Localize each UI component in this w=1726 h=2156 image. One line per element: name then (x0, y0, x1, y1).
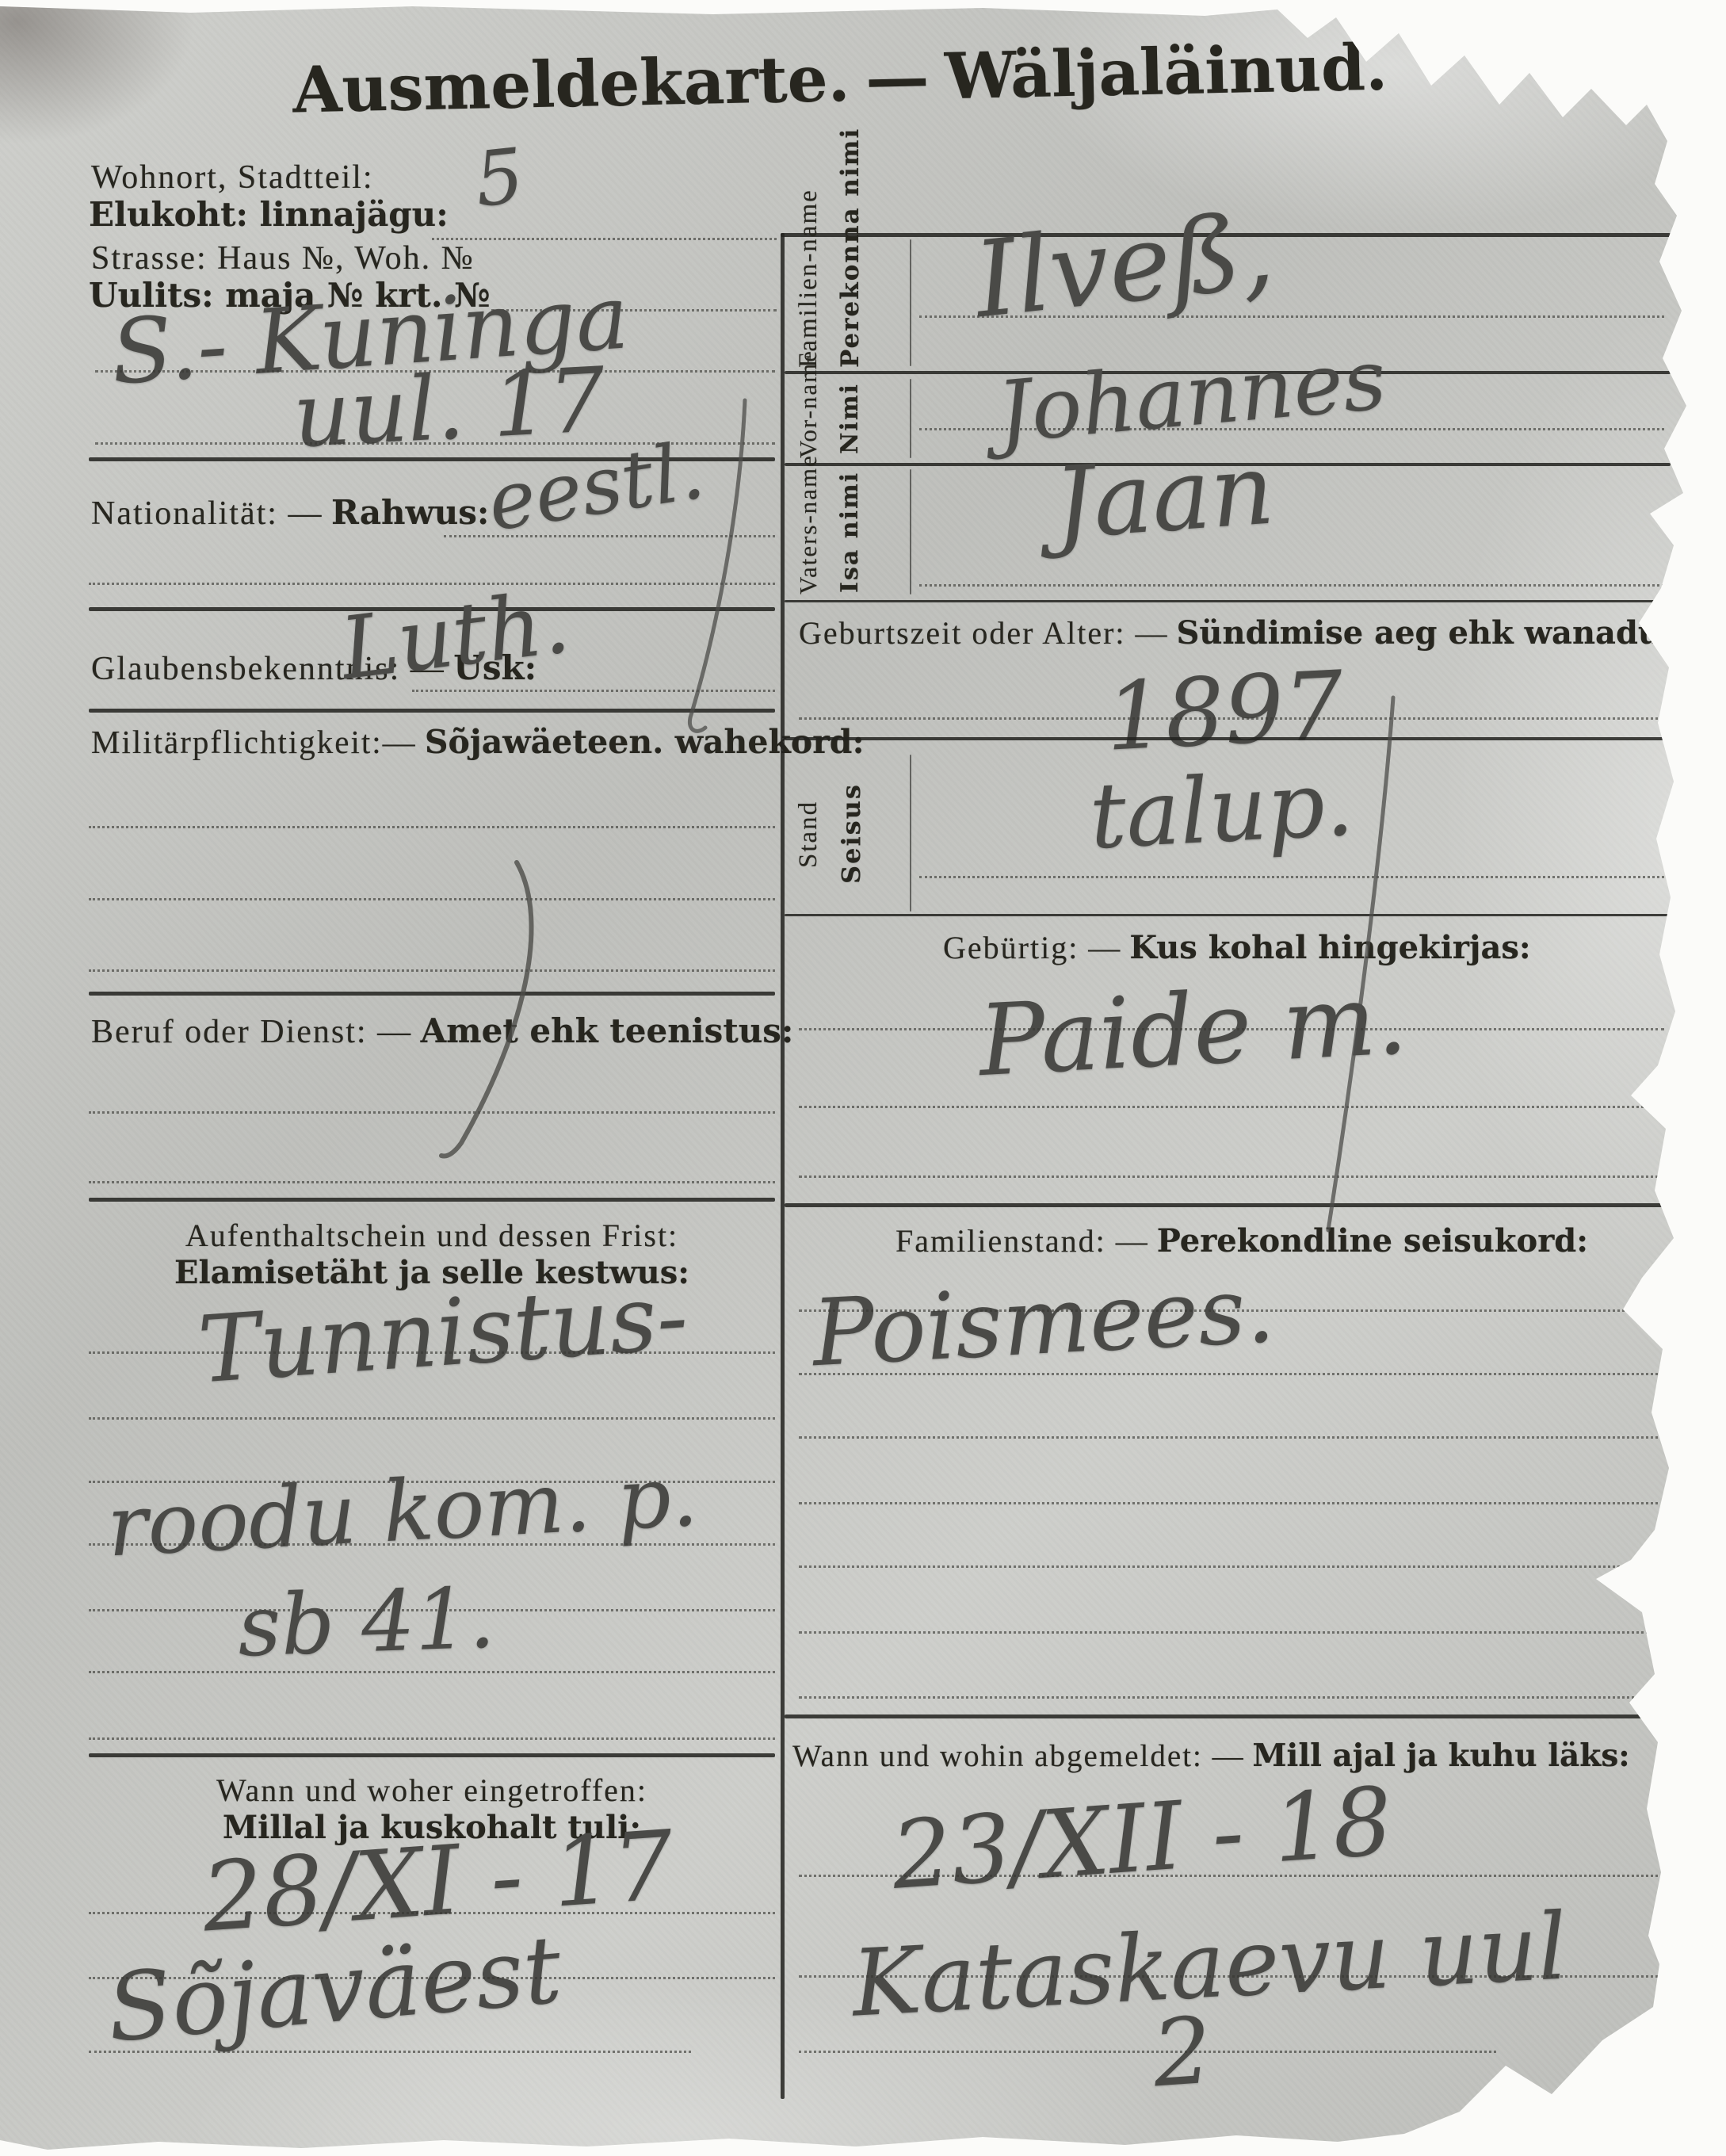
handwritten-departure-date: 23/XII - 18 (888, 1766, 1396, 1910)
title-dash: — (865, 40, 930, 116)
section-rule (785, 914, 1671, 916)
dotted-line (89, 969, 775, 972)
handwritten-marital: Poismees. (810, 1256, 1277, 1387)
arrival-label-de: Wann und woher eingetroffen: (91, 1772, 773, 1809)
family-name-label-et: Perekonna nimi (836, 239, 865, 368)
dotted-line (799, 1028, 1664, 1030)
dotted-line (799, 1106, 1664, 1108)
nationality-label-de: Nationalität: — (91, 495, 323, 532)
dotted-line (89, 1181, 775, 1183)
status-label-et: Seisus (836, 755, 866, 913)
registered-label: Gebürtig: — Kus kohal hingekirjas: (943, 929, 1531, 966)
marital-label-de: Familienstand: — (895, 1223, 1149, 1259)
label-cell-rule (910, 469, 911, 594)
dotted-line (799, 1975, 1664, 1978)
scanned-document: Ausmeldekarte. — Wäljaläinud. Wohnort, S… (0, 0, 1726, 2156)
section-rule (89, 992, 775, 996)
birth-label-de: Geburtszeit oder Alter: — (799, 615, 1169, 651)
registered-label-de: Gebürtig: — (943, 930, 1121, 965)
departure-label: Wann und wohin abgemeldet: — Mill ajal j… (792, 1737, 1630, 1774)
dotted-line (89, 2051, 691, 2053)
section-rule (785, 1714, 1671, 1718)
section-rule (89, 1198, 775, 1202)
handwritten-family-name: Ilveß, (969, 189, 1279, 342)
dotted-line (89, 583, 775, 585)
departure-label-de: Wann und wohin abgemeldet: — (792, 1739, 1245, 1773)
residence-label-de1: Wohnort, Stadtteil: (91, 159, 374, 197)
status-label-de: Stand (794, 755, 823, 913)
family-name-label-de: Familien-name (794, 239, 823, 368)
title-german: Ausmeldekarte. (292, 41, 850, 128)
dotted-line (89, 826, 775, 828)
first-name-label-de: Vor-name (794, 379, 823, 458)
dotted-line (89, 1417, 775, 1420)
permit-label-de: Aufenthaltschein und dessen Frist: (91, 1217, 773, 1254)
column-divider (781, 233, 785, 2099)
handwritten-status: talup. (1087, 750, 1356, 869)
residence-label-de2: Strasse: Haus №, Woh. № (91, 239, 475, 277)
document-title: Ausmeldekarte. — Wäljaläinud. (55, 25, 1625, 132)
dotted-line (432, 238, 777, 240)
dotted-line (799, 1875, 1664, 1877)
dotted-line (89, 1351, 775, 1354)
paper-sheet: Ausmeldekarte. — Wäljaläinud. Wohnort, S… (0, 0, 1697, 2153)
section-rule (785, 1203, 1671, 1207)
dotted-line (799, 1502, 1664, 1504)
nationality-label: Nationalität: — Rahwus: (91, 493, 489, 533)
dotted-line (799, 1175, 1664, 1178)
departure-label-et: Mill ajal ja kuhu läks: (1252, 1737, 1629, 1774)
dotted-line (799, 2051, 1496, 2053)
military-label: Militärpflichtigkeit:— Sõjawäeteen. wahe… (91, 723, 865, 761)
dotted-line (919, 584, 1664, 587)
dotted-line (799, 717, 1664, 720)
dotted-line (89, 1737, 775, 1740)
birth-label: Geburtszeit oder Alter: — Sündimise aeg … (799, 614, 1690, 652)
dotted-line (799, 1436, 1664, 1439)
marital-label-et: Perekondline seisukord: (1157, 1222, 1588, 1260)
title-estonian: Wäljaläinud. (944, 30, 1388, 114)
dotted-line (89, 1912, 775, 1914)
residence-label-et1: Elukoht: linnajägu: (89, 195, 449, 234)
handwritten-permit-line2: roodu kom. p. (105, 1447, 700, 1576)
occupation-label-et: Amet ehk teenistus: (421, 1011, 794, 1050)
handwritten-departure-street: Kataskaevu uul (850, 1893, 1570, 2037)
first-name-label-et: Nimi (836, 379, 864, 458)
dotted-line (799, 1696, 1664, 1699)
dotted-line (89, 898, 775, 900)
occupation-label-de: Beruf oder Dienst: — (91, 1014, 412, 1050)
section-rule (89, 709, 775, 713)
dotted-line (412, 690, 775, 692)
label-cell-rule (910, 755, 911, 912)
birth-label-et: Sündimise aeg ehk wanadus: (1177, 614, 1691, 652)
dotted-line (799, 1631, 1664, 1634)
handwritten-permit-line3: sb 41. (236, 1569, 497, 1675)
dotted-line (799, 1373, 1664, 1375)
handwritten-religion: Luth. (335, 573, 575, 699)
label-cell-rule (910, 379, 911, 458)
handwritten-arrival-from: Sõjaväest (103, 1914, 565, 2062)
section-rule (785, 737, 1671, 740)
nationality-label-et: Rahwus: (331, 493, 489, 532)
dotted-line (799, 1309, 1664, 1312)
dotted-line (799, 1565, 1664, 1568)
section-rule (785, 600, 1671, 602)
dotted-line (444, 535, 775, 537)
registered-label-et: Kus kohal hingekirjas: (1129, 929, 1530, 966)
label-cell-rule (910, 239, 911, 366)
handwritten-father-name: Jaan (1050, 432, 1277, 561)
dotted-line (89, 1543, 775, 1546)
dotted-line (919, 876, 1664, 878)
dotted-line (89, 1977, 775, 1979)
handwritten-district: 5 (471, 132, 528, 224)
father-name-label-de: Vaters-name (794, 469, 823, 594)
handwritten-registered: Paide m. (976, 962, 1410, 1099)
occupation-label: Beruf oder Dienst: — Amet ehk teenistus: (91, 1011, 793, 1051)
dotted-line (89, 1111, 775, 1114)
marital-label: Familienstand: — Perekondline seisukord: (895, 1222, 1588, 1260)
military-label-de: Militärpflichtigkeit:— (91, 724, 417, 760)
father-name-label-et: Isa nimi (836, 469, 864, 594)
section-rule (89, 1753, 775, 1757)
dotted-line (89, 1671, 775, 1673)
